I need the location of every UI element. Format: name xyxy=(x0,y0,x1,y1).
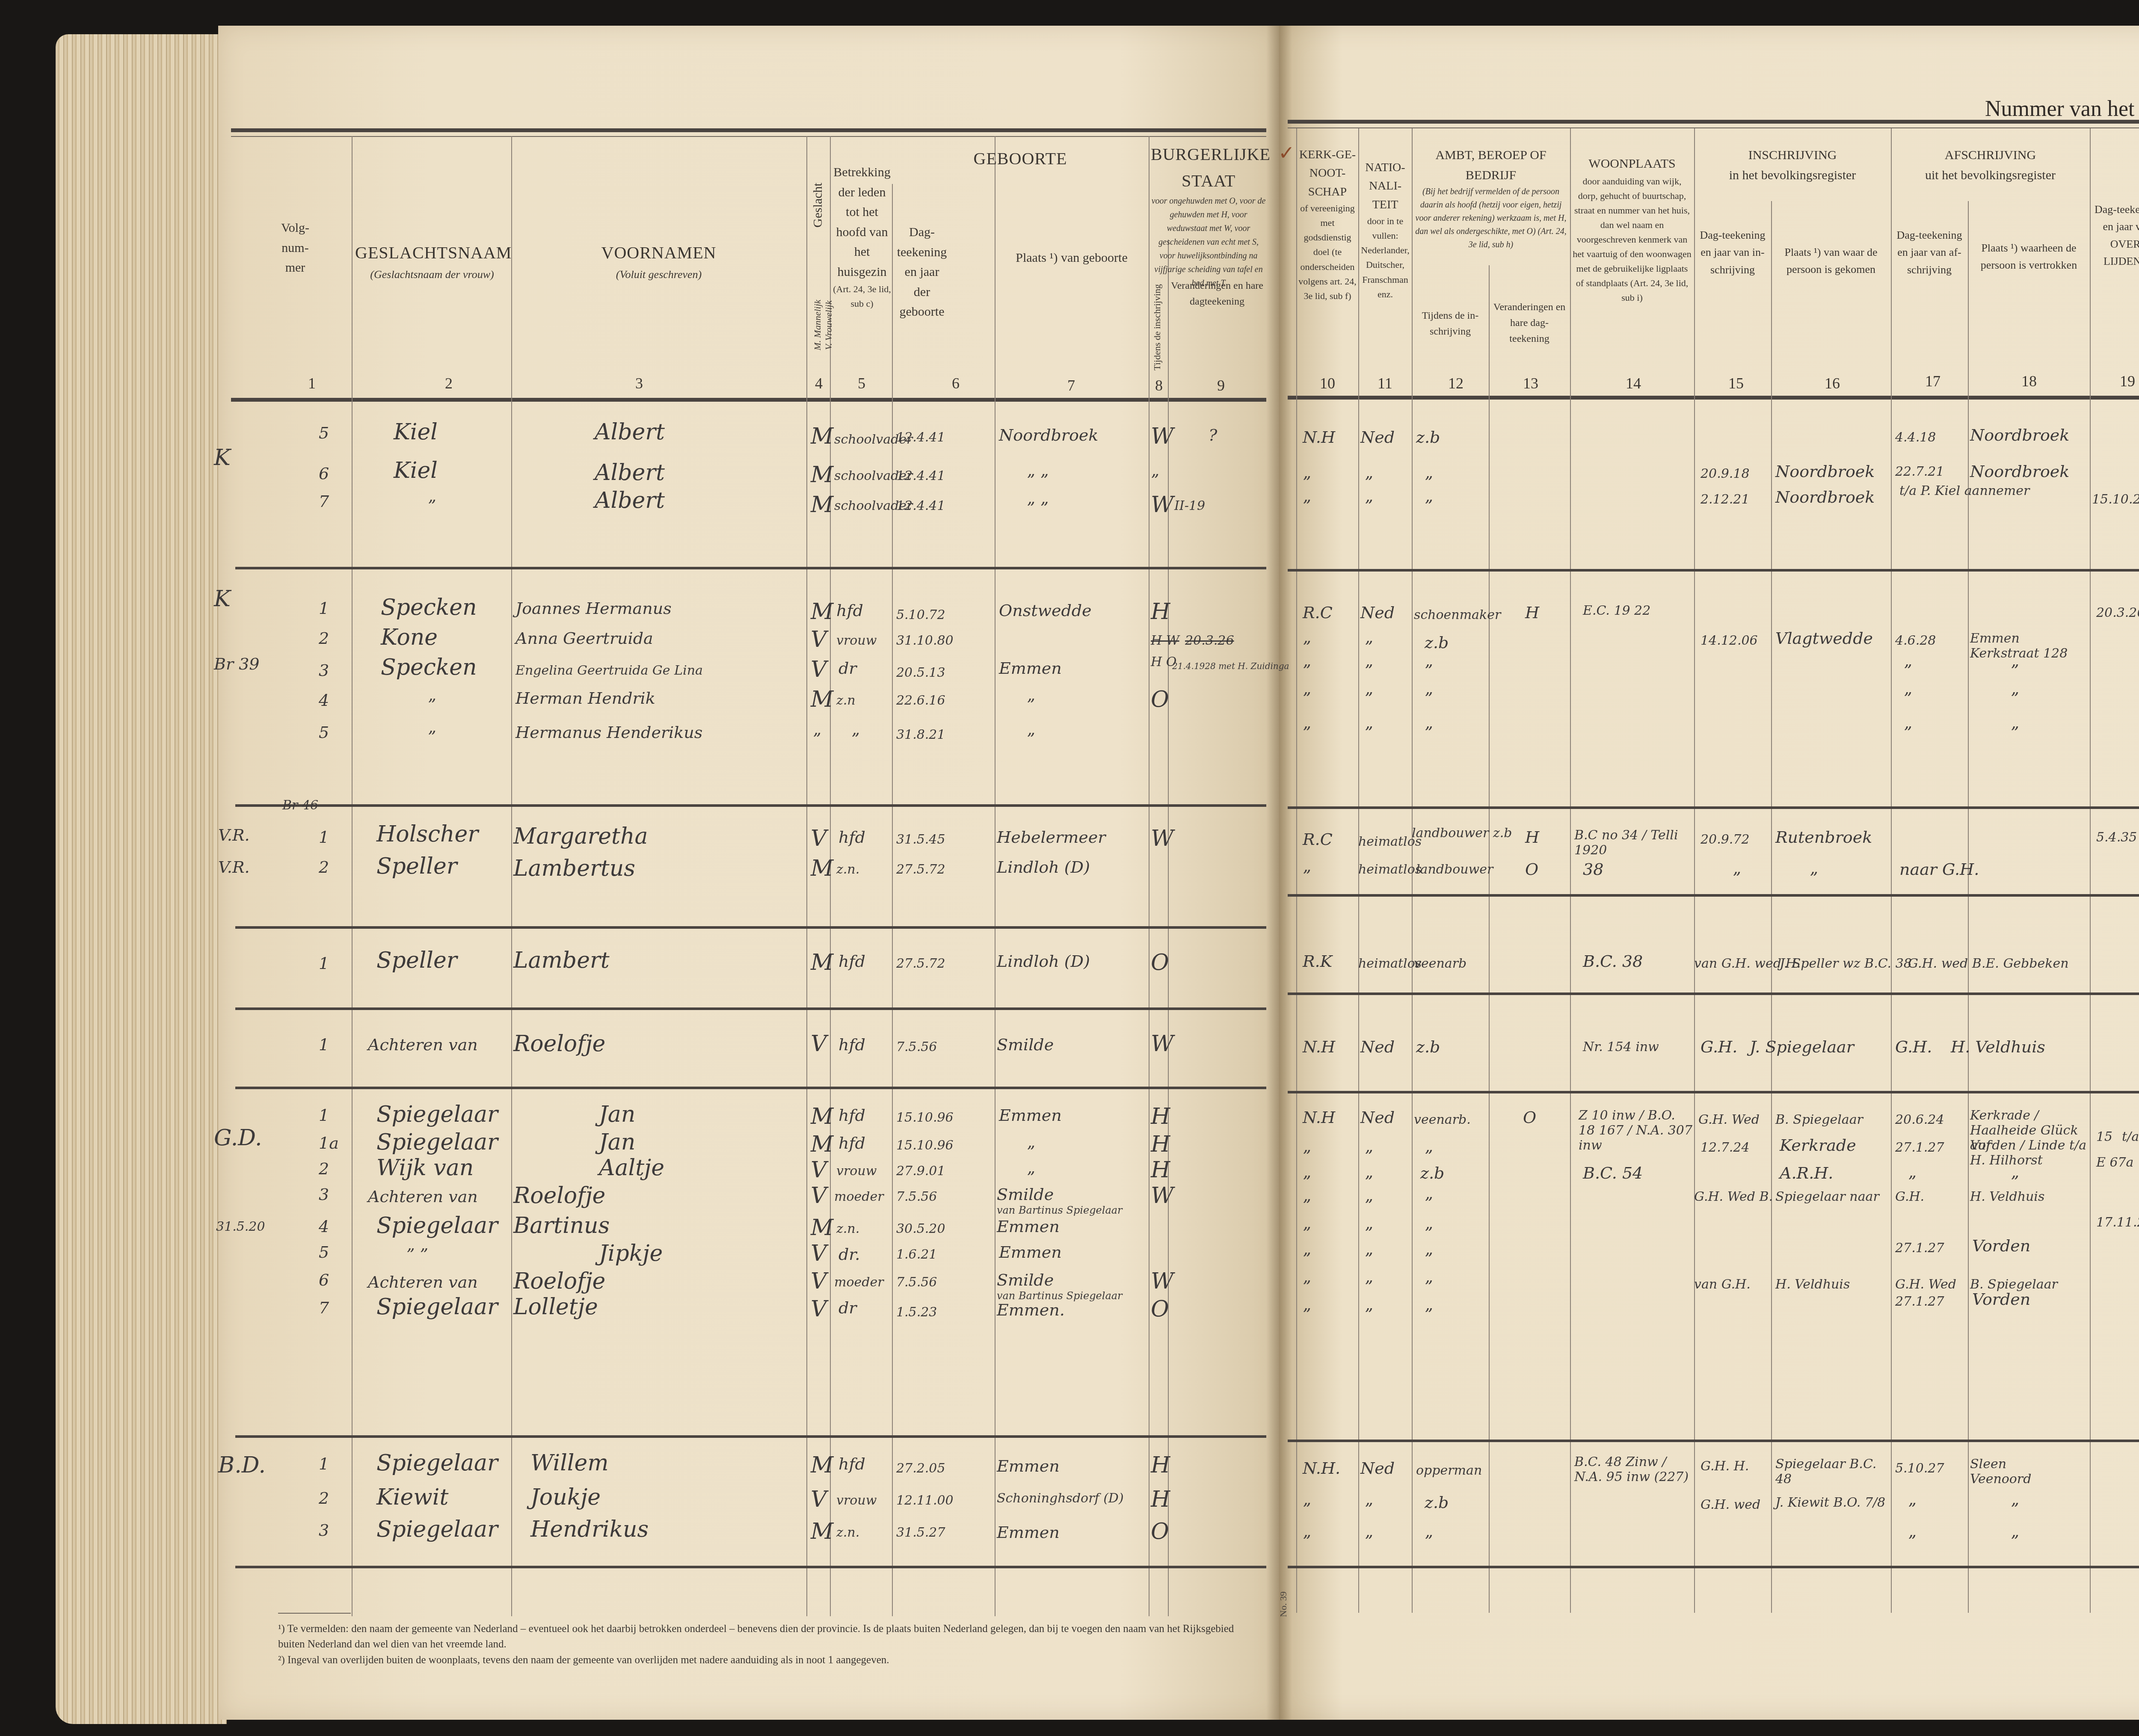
register-cell: H. Veldhuis xyxy=(1951,1037,2045,1056)
register-cell: Kone xyxy=(381,625,438,650)
col-number-14: 14 xyxy=(1626,374,1641,392)
register-cell: ” xyxy=(1303,473,1311,492)
header-col-2: GESLACHTSNAAM(Geslachtsnaam der vrouw) xyxy=(355,240,509,283)
register-cell: ” xyxy=(1027,1168,1035,1187)
header-col-12: Tijdens de in-schrijving xyxy=(1414,308,1487,340)
register-cell: Ned xyxy=(1360,1459,1395,1478)
register-cell: 5.4.35 xyxy=(2096,830,2137,845)
register-cell: Emmen xyxy=(999,1106,1062,1125)
register-cell: ” xyxy=(1904,661,1912,680)
book-gutter xyxy=(1266,26,1292,1720)
register-cell: ” xyxy=(1425,496,1433,515)
register-cell: H xyxy=(1525,603,1539,622)
register-cell: M xyxy=(811,462,833,488)
register-cell: ” ” xyxy=(1027,471,1049,489)
register-cell: 7.5.56 xyxy=(896,1189,937,1204)
register-cell: W xyxy=(1151,826,1173,851)
register-cell: Margaretha xyxy=(513,824,648,849)
register-cell: 2 xyxy=(319,858,329,877)
col-line xyxy=(1694,128,1695,1613)
register-cell: Engelina Geertruida Ge Lina xyxy=(515,663,703,678)
register-cell: Specken xyxy=(381,655,477,680)
register-cell: ” xyxy=(1365,1196,1373,1215)
register-cell: 27.1.27 xyxy=(1895,1294,1944,1309)
register-cell: Hermanus Henderikus xyxy=(515,723,702,742)
col-line xyxy=(1149,136,1149,1616)
register-cell: ” xyxy=(2011,1532,2019,1550)
register-cell: z.n. xyxy=(836,1221,859,1236)
register-cell: H. Veldhuis xyxy=(1775,1277,1850,1292)
register-cell: 22.7.21 xyxy=(1895,464,1944,479)
col-line xyxy=(511,136,512,1616)
register-cell: ” xyxy=(1425,689,1433,708)
household-separator xyxy=(235,1435,1266,1438)
register-cell: J. Spiegelaar xyxy=(1750,1037,1854,1056)
register-cell: moeder xyxy=(834,1275,884,1290)
register-cell: Sleen Veenoord xyxy=(1970,1457,2056,1487)
register-cell: 6 xyxy=(319,464,329,483)
register-cell: Smilde xyxy=(997,1185,1054,1204)
col-number-1: 1 xyxy=(308,374,316,392)
register-cell: ” xyxy=(1425,1223,1433,1242)
register-cell: V xyxy=(811,627,827,652)
register-cell: Spiegelaar B.C. 48 xyxy=(1775,1457,1891,1487)
household-separator xyxy=(235,926,1266,929)
register-cell: H xyxy=(1151,1487,1170,1512)
register-cell: ” xyxy=(1303,496,1311,515)
register-cell: Joukje xyxy=(530,1484,601,1510)
register-cell: Achteren van xyxy=(368,1187,478,1206)
register-cell: V xyxy=(811,1296,827,1322)
household-separator xyxy=(235,1007,1266,1010)
register-cell: W xyxy=(1151,424,1173,449)
register-cell: 20.5.13 xyxy=(896,665,945,680)
register-cell: ” xyxy=(1425,1305,1433,1324)
header-col-9: Veranderingen en hare dagteekening xyxy=(1170,278,1264,310)
header-col-11: NATIO-NALI-TEITdoor in te vullen: Nederl… xyxy=(1360,158,1411,302)
register-cell: ” xyxy=(1904,723,1912,742)
register-cell: ” xyxy=(2011,1499,2019,1518)
register-cell: ” xyxy=(1425,473,1433,492)
register-cell: Ned xyxy=(1360,1037,1395,1056)
register-cell: Anna Geertruida xyxy=(515,629,653,648)
register-cell: V xyxy=(811,657,827,682)
header-col-3: VOORNAMEN(Voluit geschreven) xyxy=(513,240,804,283)
household-margin-code: G.D. xyxy=(214,1125,262,1151)
register-cell: 12.7.24 xyxy=(1701,1140,1750,1155)
register-cell: O xyxy=(1151,1296,1169,1322)
register-cell: H. Veldhuis xyxy=(1970,1189,2044,1204)
register-cell: 2 xyxy=(319,1489,329,1508)
register-cell: Nr. 154 inw xyxy=(1583,1040,1659,1055)
register-cell: Emmen xyxy=(997,1523,1060,1542)
register-cell: Vorden xyxy=(1972,1290,2030,1309)
register-cell: ” xyxy=(1904,689,1912,708)
register-cell: V xyxy=(811,1268,827,1294)
register-cell: opperman xyxy=(1416,1463,1482,1478)
register-cell: Jan xyxy=(599,1129,635,1155)
register-cell: vrouw xyxy=(836,633,877,648)
register-cell: V.R. xyxy=(218,858,250,877)
register-cell: z.b xyxy=(1416,1037,1440,1056)
register-cell: Lolletje xyxy=(513,1294,598,1320)
register-cell: M xyxy=(811,950,833,975)
register-cell: O xyxy=(1151,950,1169,975)
register-cell: Hebelermeer xyxy=(997,828,1105,847)
header-col-10: KERK-GE-NOOT-SCHAPof vereeniging met god… xyxy=(1297,145,1358,303)
register-cell: 1 xyxy=(319,954,329,973)
col-line xyxy=(1296,128,1297,1613)
register-cell: hfd xyxy=(838,828,865,847)
register-cell: ” xyxy=(1303,1249,1311,1268)
register-cell: Joannes Hermanus xyxy=(515,599,672,618)
register-cell: moeder xyxy=(834,1189,884,1204)
register-cell: Kerkrade xyxy=(1780,1136,1856,1155)
register-cell: R.C xyxy=(1303,603,1333,622)
register-cell: van Bartinus Spiegelaar xyxy=(997,1204,1123,1216)
register-cell: 15.10.96 xyxy=(896,1110,954,1125)
header-col-6: Dag-teekening en jaar der geboorte xyxy=(896,222,948,322)
register-cell: Herman Hendrik xyxy=(515,689,655,708)
register-cell: Spiegelaar naar xyxy=(1775,1189,1879,1204)
household-separator xyxy=(1288,894,2139,897)
household-separator xyxy=(1288,1091,2139,1093)
household-separator xyxy=(235,804,1266,807)
register-cell: H xyxy=(1151,599,1170,625)
register-cell: B.C. 38 xyxy=(1583,952,1643,971)
col-number-7: 7 xyxy=(1067,376,1075,394)
register-cell: ” xyxy=(428,496,436,515)
register-cell: van G.H. xyxy=(1694,1277,1751,1292)
register-cell: Ned xyxy=(1360,603,1395,622)
register-cell: 27.1.27 xyxy=(1895,1241,1944,1256)
register-cell: 12.4.41 xyxy=(896,498,945,513)
register-cell: ” xyxy=(1365,496,1373,515)
col-line xyxy=(1968,201,1969,1613)
register-cell: 5 xyxy=(319,1243,329,1262)
register-cell: 15 xyxy=(2096,1129,2112,1144)
register-cell: hfd xyxy=(838,1134,865,1152)
top-rule-right-thin xyxy=(1288,127,2139,128)
register-bottom-rule xyxy=(1288,1566,2139,1568)
register-cell: ” xyxy=(428,727,436,746)
register-cell: Spiegelaar xyxy=(376,1102,498,1127)
register-cell: z.b xyxy=(1425,633,1449,652)
register-cell: Albert xyxy=(595,419,665,445)
register-cell: Lambertus xyxy=(513,856,635,881)
col-number-12: 12 xyxy=(1448,374,1464,392)
register-cell: N.H xyxy=(1303,1037,1335,1056)
col-line xyxy=(1771,201,1772,1613)
register-cell: ” xyxy=(428,695,436,714)
register-cell: Noordbroek xyxy=(1970,426,2069,444)
col-line xyxy=(1489,265,1490,1613)
register-cell: ” xyxy=(1303,1196,1311,1215)
header-col-13: Veranderingen en hare dag-teekening xyxy=(1491,299,1568,347)
register-cell: 15.10.26 xyxy=(2092,492,2139,507)
register-cell: W xyxy=(1151,492,1173,518)
register-cell: 31.5.27 xyxy=(896,1525,945,1540)
register-cell: 2 xyxy=(319,629,329,648)
register-cell: B.C no 34 / Telli 1920 xyxy=(1574,828,1694,858)
register-cell: ” xyxy=(2011,689,2019,708)
register-cell: z.b xyxy=(1425,1493,1449,1512)
register-cell: 4 xyxy=(319,1217,329,1236)
register-cell: Emmen Kerkstraat 128 xyxy=(1970,631,2086,661)
register-cell: H W xyxy=(1151,633,1179,648)
register-cell: V xyxy=(811,1157,827,1183)
register-cell: Noordbroek xyxy=(1775,488,1875,507)
check-mark-icon: ✓ xyxy=(1278,141,1295,164)
header-col-4-note: M. Mannelijk V. Vrouwelijk xyxy=(812,265,834,385)
register-cell: Emmen xyxy=(999,659,1062,678)
register-cell: G.H. wed B.E. Gebbeken xyxy=(1908,956,2069,971)
top-rule-right xyxy=(1288,120,2139,124)
col-number-6: 6 xyxy=(952,374,960,392)
register-cell: E.C. 19 22 xyxy=(1583,603,1650,618)
register-cell: Albert xyxy=(595,488,665,513)
register-cell: 5.10.72 xyxy=(896,607,945,622)
register-cell: 27.9.01 xyxy=(896,1164,945,1179)
register-cell: z.n xyxy=(836,693,856,708)
register-cell: t/a Woonwijk xyxy=(2122,1129,2139,1144)
register-cell: 12.11.00 xyxy=(896,1493,954,1508)
register-cell: Roelofje xyxy=(513,1268,605,1294)
register-cell: 2.12.21 xyxy=(1701,492,1750,507)
register-cell: 1.6.21 xyxy=(896,1247,937,1262)
register-cell: ” xyxy=(1303,1499,1311,1518)
header-col-1: Volg- num- mer xyxy=(257,218,334,278)
register-cell: 20.6.24 xyxy=(1895,1112,1944,1127)
col-number-18: 18 xyxy=(2021,372,2037,390)
register-cell: V xyxy=(811,1183,827,1209)
register-cell: 7 xyxy=(319,1298,329,1317)
col-number-5: 5 xyxy=(858,374,865,392)
register-cell: ” xyxy=(1810,868,1818,887)
register-cell: M xyxy=(811,599,833,625)
household-separator xyxy=(1288,992,2139,995)
household-margin-note: Br 39 xyxy=(214,655,260,673)
register-cell: Speller xyxy=(376,948,457,973)
col-line xyxy=(1891,128,1892,1613)
register-cell: 20.9.18 xyxy=(1701,466,1750,481)
register-cell: ” xyxy=(851,729,859,748)
register-cell: 27.5.72 xyxy=(896,956,945,971)
register-cell: van Bartinus Spiegelaar xyxy=(997,1290,1123,1302)
register-cell: dr xyxy=(838,1298,857,1317)
register-cell: 1a xyxy=(319,1134,339,1152)
register-cell: Ned xyxy=(1360,428,1395,447)
register-cell: M xyxy=(811,1104,833,1129)
household-margin-code: K xyxy=(214,586,231,612)
register-cell: Vorden xyxy=(1972,1236,2030,1255)
header-col-4: Geslacht xyxy=(811,154,825,257)
header-col-18: Plaats ¹) waarheen de persoon is vertrok… xyxy=(1970,240,2088,274)
col-line xyxy=(806,136,807,1616)
register-cell: veenarb xyxy=(1414,956,1466,971)
register-cell: Spiegelaar xyxy=(376,1450,498,1476)
register-cell: 31.5.45 xyxy=(896,832,945,847)
register-cell: Onstwedde xyxy=(999,601,1092,620)
register-cell: ” xyxy=(2011,1172,2019,1191)
register-cell: Kiewit xyxy=(376,1484,448,1510)
col-number-2: 2 xyxy=(445,374,453,392)
register-cell: ” xyxy=(1425,1532,1433,1550)
household-separator xyxy=(1288,806,2139,809)
col-number-13: 13 xyxy=(1523,374,1538,392)
register-cell: dr xyxy=(838,659,857,678)
col-number-17: 17 xyxy=(1925,372,1941,390)
register-cell: Willem xyxy=(530,1450,609,1476)
register-cell: Vorden / Linde t/a H. Hilhorst xyxy=(1970,1138,2090,1168)
register-cell: 27.2.05 xyxy=(896,1461,945,1476)
register-cell: M xyxy=(811,1452,833,1478)
register-cell: 12.4.41 xyxy=(896,468,945,483)
register-cell: B. Spiegelaar xyxy=(1775,1112,1863,1127)
register-cell: ” xyxy=(1365,473,1373,492)
register-cell: ” xyxy=(1303,1223,1311,1242)
register-cell: ” xyxy=(1365,1172,1373,1191)
register-cell: Bartinus xyxy=(513,1213,610,1238)
register-cell: M xyxy=(811,1519,833,1544)
register-cell: H xyxy=(1525,828,1539,847)
col-line xyxy=(352,136,353,1616)
col-number-9: 9 xyxy=(1217,376,1225,394)
register-cell: 31.5.20 xyxy=(216,1219,265,1234)
register-cell: vrouw xyxy=(836,1164,877,1179)
register-cell: G.H. xyxy=(1701,1037,1737,1056)
register-cell: ” xyxy=(1365,689,1373,708)
register-cell: 21.4.1928 met H. Zuidinga xyxy=(1172,661,1289,671)
register-cell: Noordbroek xyxy=(1970,462,2069,481)
col-number-16: 16 xyxy=(1825,374,1840,392)
household-margin-code: K xyxy=(214,445,231,471)
register-cell: G.H. Wed B. xyxy=(1694,1189,1773,1204)
register-cell: ” xyxy=(1365,1305,1373,1324)
register-cell: Emmen xyxy=(999,1243,1062,1262)
register-cell: ” xyxy=(1425,1146,1433,1165)
header-col-17: Dag-teekening en jaar van af-schrijving xyxy=(1893,227,1966,278)
register-cell: V xyxy=(811,826,827,851)
register-cell: Ned xyxy=(1360,1108,1395,1127)
register-cell: landbouwer z.b xyxy=(1412,826,1512,841)
register-cell: G.H. xyxy=(1895,1189,1924,1204)
register-cell: 20.9.72 xyxy=(1701,832,1750,847)
register-cell: 5 xyxy=(319,723,329,742)
register-cell: Smilde xyxy=(997,1035,1054,1054)
register-cell: Vlagtwedde xyxy=(1775,629,1873,648)
register-cell: Lindloh (D) xyxy=(997,858,1090,877)
register-cell: ” xyxy=(1365,661,1373,680)
register-cell: Noordbroek xyxy=(999,426,1098,444)
register-cell: V.R. xyxy=(218,826,250,844)
register-cell: ” xyxy=(1908,1172,1916,1191)
register-cell: N.H xyxy=(1303,1108,1335,1127)
register-cell: 1 xyxy=(319,1035,329,1054)
register-cell: hfd xyxy=(838,1106,865,1125)
register-cell: Roelofje xyxy=(513,1183,605,1209)
register-cell: 6 xyxy=(319,1271,329,1289)
header-col-15: Dag-teekening en jaar van in-schrijving xyxy=(1696,227,1769,278)
register-cell: 5.10.27 xyxy=(1895,1461,1944,1476)
header-col-14: WOONPLAATSdoor aanduiding van wijk, dorp… xyxy=(1572,154,1692,305)
register-cell: Emmen xyxy=(997,1457,1060,1475)
register-cell: ” xyxy=(1303,689,1311,708)
household-margin-code: B.D. xyxy=(218,1452,266,1478)
register-cell: ” ” xyxy=(1027,498,1049,517)
register-cell: G.H. wed xyxy=(1701,1497,1760,1512)
register-cell: 3 xyxy=(319,1521,329,1540)
register-cell: hfd xyxy=(836,601,863,620)
register-cell: Noordbroek xyxy=(1775,462,1875,481)
register-cell: O xyxy=(1523,1108,1536,1127)
register-cell: ” xyxy=(1303,661,1311,680)
register-cell: M xyxy=(811,687,833,712)
register-cell: ” xyxy=(2011,723,2019,742)
register-cell: B.C. 54 xyxy=(1583,1164,1643,1182)
household-separator xyxy=(1288,569,2139,572)
register-cell: 1.5.23 xyxy=(896,1305,937,1320)
register-cell: z.n. xyxy=(836,1525,859,1540)
col-number-3: 3 xyxy=(635,374,643,392)
register-cell: G.H. Wed xyxy=(1698,1112,1760,1127)
register-cell: 31.10.80 xyxy=(896,633,954,648)
register-cell: ” xyxy=(1908,1532,1916,1550)
register-cell: M xyxy=(811,856,833,881)
register-cell: A.R.H. xyxy=(1780,1164,1833,1182)
register-cell: R.K xyxy=(1303,952,1332,971)
register-cell: hfd xyxy=(838,1035,865,1054)
register-cell: M xyxy=(811,1215,833,1241)
household-separator xyxy=(1288,1440,2139,1442)
register-cell: Specken xyxy=(381,595,477,620)
register-cell: ” xyxy=(1365,1223,1373,1242)
register-cell: Speller xyxy=(376,853,457,879)
register-cell: t/a P. Kiel aannemer xyxy=(1899,483,2029,498)
register-cell: 5 xyxy=(319,424,329,442)
register-cell: heimatlos xyxy=(1358,956,1422,971)
register-cell: 1 xyxy=(319,1455,329,1473)
register-cell: ” xyxy=(1303,1305,1311,1324)
register-cell: B.C. 48 Zinw / N.A. 95 inw (227) xyxy=(1574,1455,1694,1484)
register-cell: G.H. xyxy=(1895,1037,1932,1056)
header-col-19: Dag-teekening en jaar van OVER-LIJDEN ²) xyxy=(2092,201,2139,270)
register-cell: 7.5.56 xyxy=(896,1275,937,1290)
register-cell: M xyxy=(811,424,833,449)
register-cell: 14.12.06 xyxy=(1701,633,1758,648)
register-cell: Achteren van xyxy=(368,1273,478,1292)
col-number-19: 19 xyxy=(2120,372,2135,390)
register-cell: V xyxy=(811,1487,827,1512)
header-group-ambt: AMBT, BEROEP OF BEDRIJF(Bij het bedrijf … xyxy=(1414,145,1568,252)
register-cell: Spiegelaar xyxy=(376,1129,498,1155)
col-line xyxy=(1570,128,1571,1613)
register-cell: ” xyxy=(1425,661,1433,680)
register-cell: H xyxy=(1151,1104,1170,1129)
register-cell: ” xyxy=(1303,1277,1311,1296)
register-cell: z.n. xyxy=(836,862,859,877)
register-cell: 27.1.27 xyxy=(1895,1140,1944,1155)
register-cell: ” xyxy=(1365,1146,1373,1165)
household-margin-note: Br 46 xyxy=(282,798,318,813)
register-cell: ” xyxy=(1303,637,1311,656)
register-cell: E 67a xyxy=(2096,1155,2134,1170)
register-cell: W xyxy=(1151,1268,1173,1294)
header-col-5: Betrekking der leden tot het hoofd van h… xyxy=(832,163,892,311)
household-separator xyxy=(235,567,1266,569)
register-cell: M xyxy=(811,492,833,518)
footnotes: ¹) Te vermelden: den naam der gemeente v… xyxy=(278,1621,1262,1668)
